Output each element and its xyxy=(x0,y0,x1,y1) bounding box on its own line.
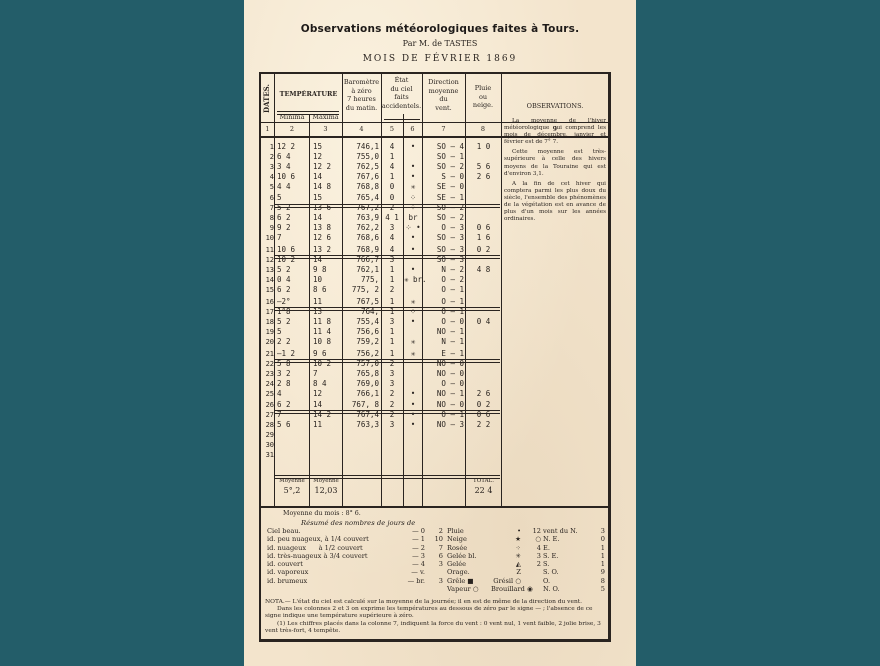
table-row: 54 414 8768,80✳SE — 0 xyxy=(261,182,501,192)
cell-baro: 759,2 xyxy=(345,337,379,347)
table-row: 16—2°11767,51✳O — 1 xyxy=(261,297,501,307)
cell-max: 12 6 xyxy=(313,233,341,243)
cell-vent: SO — 4 xyxy=(424,142,464,152)
cell-date: 8 xyxy=(262,213,274,223)
cell-ciel: 2 xyxy=(382,410,402,420)
cell-date: 30 xyxy=(262,440,274,450)
max-average-label: Moyenne xyxy=(310,478,342,484)
cell-date: 20 xyxy=(262,337,274,347)
cell-acc: • xyxy=(404,400,422,410)
cell-vent: N — 1 xyxy=(424,337,464,347)
cell-vent: NO — 3 xyxy=(424,420,464,430)
cell-ciel: 1 xyxy=(382,349,402,359)
cell-vent: SO — 3 xyxy=(424,245,464,255)
document-title: Observations météorologiques faites à To… xyxy=(244,23,636,35)
cell-min: 6 4 xyxy=(277,152,307,162)
wind-summary-item: N. E.0 xyxy=(543,535,605,543)
cell-date: 26 xyxy=(262,400,274,410)
cell-vent: NO — 1 xyxy=(424,327,464,337)
phenomena-summary-item: Orage.Z xyxy=(447,568,547,576)
cell-acc: • xyxy=(404,389,422,399)
cell-date: 9 xyxy=(262,223,274,233)
table-row: 29 xyxy=(261,430,501,440)
cell-max: 10 2 xyxy=(313,359,341,369)
cell-vent: O — 0 xyxy=(424,317,464,327)
cell-pluie: 2 6 xyxy=(466,172,501,182)
cell-pluie: 5 6 xyxy=(466,162,501,172)
cell-ciel: 3 xyxy=(382,379,402,389)
cell-baro: 767,4 xyxy=(345,410,379,420)
cell-ciel: 2 xyxy=(382,359,402,369)
cell-min: 6 2 xyxy=(277,400,307,410)
cell-date: 15 xyxy=(262,285,274,295)
wind-summary-item: N. O.5 xyxy=(543,585,605,593)
cell-pluie: 2 2 xyxy=(466,420,501,430)
table-row: 30 xyxy=(261,440,501,450)
cell-min: 5 2 xyxy=(277,317,307,327)
cell-vent: N — 2 xyxy=(424,265,464,275)
header-minima: Minima xyxy=(275,113,309,122)
cell-min: 3 4 xyxy=(277,162,307,172)
cell-max: 9 8 xyxy=(313,265,341,275)
cell-date: 27 xyxy=(262,410,274,420)
phenomena-summary-item: Pluie•12 xyxy=(447,527,547,535)
wind-summary-item: S.1 xyxy=(543,560,605,568)
cell-baro: 775, 2 xyxy=(345,285,379,295)
cell-min: 12 2 xyxy=(277,142,307,152)
cell-min: 10 6 xyxy=(277,245,307,255)
table-row: 6515765,40⁘SE — 1 xyxy=(261,193,501,203)
phenomena-summary-item: Vapeur ○Brouillard ◉ xyxy=(447,585,547,593)
cell-date: 21 xyxy=(262,349,274,359)
monthly-average: Moyenne du mois : 8° 6. xyxy=(283,510,361,517)
cell-date: 2 xyxy=(262,152,274,162)
cell-baro: 755,4 xyxy=(345,317,379,327)
cell-vent: NO — 0 xyxy=(424,359,464,369)
cell-baro: 756,6 xyxy=(345,327,379,337)
wind-summary-item: S. O.9 xyxy=(543,568,605,576)
cell-max: 11 xyxy=(313,420,341,430)
cell-ciel: 4 xyxy=(382,142,402,152)
cell-vent: NO — 0 xyxy=(424,400,464,410)
cell-min: 5 8 xyxy=(277,359,307,369)
cell-ciel: 1 xyxy=(382,327,402,337)
cell-ciel: 2 xyxy=(382,203,402,213)
sky-summary: Ciel beau.— 02id. peu nuageux, à 1/4 cou… xyxy=(267,527,447,585)
cell-acc: br xyxy=(404,213,422,223)
phenomena-summary-item: Gelée◭2 xyxy=(447,560,547,568)
cell-min: 3 2 xyxy=(277,369,307,379)
cell-acc: • xyxy=(404,162,422,172)
cell-max: 8 4 xyxy=(313,379,341,389)
observations-table: DATES. TEMPÉRATURE Minima Maxima Baromèt… xyxy=(259,72,611,642)
cell-ciel: 4 xyxy=(382,245,402,255)
cell-acc: ⁘ xyxy=(404,307,422,317)
cell-baro: 763,3 xyxy=(345,420,379,430)
cell-max: 14 2 xyxy=(313,410,341,420)
cell-baro: 756,2 xyxy=(345,349,379,359)
cell-baro: 767,6 xyxy=(345,172,379,182)
cell-ciel: 3 xyxy=(382,255,402,265)
table-row: 75 213 6767,22⁘SO — 2 xyxy=(261,203,501,213)
table-row: 410 614767,61•S — 02 6 xyxy=(261,172,501,182)
cell-vent: SO — 3 xyxy=(424,255,464,265)
cell-baro: 764, xyxy=(345,307,379,317)
table-row: 140 410775,1✳ br.O — 2 xyxy=(261,275,501,285)
cell-date: 19 xyxy=(262,327,274,337)
cell-acc: • xyxy=(404,245,422,255)
cell-acc: • xyxy=(404,172,422,182)
max-average-value: 12,03 xyxy=(310,486,342,495)
cell-baro: 767,2 xyxy=(345,203,379,213)
sky-summary-item: id. brumeux— br.3 xyxy=(267,577,447,585)
cell-date: 18 xyxy=(262,317,274,327)
cell-acc: ⁘ • xyxy=(404,223,422,233)
cell-baro: 763,9 xyxy=(345,213,379,223)
cell-min: 5 6 xyxy=(277,420,307,430)
cell-acc: ⁘ xyxy=(404,203,422,213)
phenomena-summary-item: Neige★○ xyxy=(447,535,547,543)
table-row: 10712 6768,64•SO — 31 6 xyxy=(261,233,501,243)
cell-max: 12 xyxy=(313,152,341,162)
cell-date: 3 xyxy=(262,162,274,172)
cell-ciel: 4 xyxy=(382,162,402,172)
cell-baro: 766,1 xyxy=(345,389,379,399)
cell-date: 13 xyxy=(262,265,274,275)
sky-summary-item: id. peu nuageux, à 1/4 couvert— 110 xyxy=(267,535,447,543)
cell-date: 14 xyxy=(262,275,274,285)
cell-acc: • xyxy=(404,142,422,152)
table-row: 21—1 29 6756,21✳E — 1 xyxy=(261,349,501,359)
wind-summary-item: E.1 xyxy=(543,544,605,552)
cell-baro: 765,8 xyxy=(345,369,379,379)
cell-min: 7 xyxy=(277,410,307,420)
cell-vent: NO — 0 xyxy=(424,369,464,379)
cell-date: 24 xyxy=(262,379,274,389)
phenomena-summary-item: Grêle ■Grésil ○ xyxy=(447,577,547,585)
cell-max: 13 8 xyxy=(313,223,341,233)
cell-ciel: 1 xyxy=(382,337,402,347)
cell-vent: SO — 1 xyxy=(424,152,464,162)
phenomena-summary-item: Rosée⁘4 xyxy=(447,544,547,552)
cell-vent: O — 1 xyxy=(424,297,464,307)
cell-pluie: 1 6 xyxy=(466,233,501,243)
cell-baro: 757,0 xyxy=(345,359,379,369)
cell-ciel: 1 xyxy=(382,307,402,317)
cell-acc: • xyxy=(404,233,422,243)
header-temperature: TEMPÉRATURE xyxy=(275,90,342,99)
cell-acc: • xyxy=(404,317,422,327)
cell-date: 22 xyxy=(262,359,274,369)
cell-date: 5 xyxy=(262,182,274,192)
sky-summary-item: id. vaporeux— v. xyxy=(267,568,447,576)
cell-date: 17 xyxy=(262,307,274,317)
cell-ciel: 3 xyxy=(382,317,402,327)
cell-ciel: 1 xyxy=(382,172,402,182)
table-row: 1210 214766,73SO — 3 xyxy=(261,255,501,265)
cell-max: 11 xyxy=(313,297,341,307)
cell-min: 5 xyxy=(277,193,307,203)
cell-min: 4 xyxy=(277,389,307,399)
cell-max: 12 2 xyxy=(313,162,341,172)
cell-max: 10 8 xyxy=(313,337,341,347)
cell-pluie: 2 6 xyxy=(466,389,501,399)
cell-min: 2 8 xyxy=(277,379,307,389)
cell-ciel: 0 xyxy=(382,193,402,203)
header-maxima: Maxima xyxy=(309,113,342,122)
cell-date: 12 xyxy=(262,255,274,265)
sky-summary-item: id. nuageux à 1/2 couvert— 27 xyxy=(267,544,447,552)
cell-ciel: 4 1 xyxy=(382,213,402,223)
cell-baro: 768,9 xyxy=(345,245,379,255)
cell-vent: SE — 0 xyxy=(424,182,464,192)
cell-max: 12 xyxy=(313,389,341,399)
cell-max: 14 8 xyxy=(313,182,341,192)
table-row: 86 214763,94 1brSO — 2 xyxy=(261,213,501,223)
table-row: 26 412755,01SO — 1 xyxy=(261,152,501,162)
cell-pluie: 4 8 xyxy=(466,265,501,275)
cell-vent: O — 0 xyxy=(424,379,464,389)
nota-text: NOTA.— L'état du ciel est calculé sur la… xyxy=(265,599,605,635)
cell-max: 14 xyxy=(313,213,341,223)
cell-vent: SO — 3 xyxy=(424,233,464,243)
table-row: 25412766,12•NO — 12 6 xyxy=(261,389,501,399)
observations-text: La moyenne de l'hiver météorologique qui… xyxy=(504,118,606,226)
table-row: 242 88 4769,03O — 0 xyxy=(261,379,501,389)
cell-pluie: 0 6 xyxy=(466,410,501,420)
cell-min: —2° xyxy=(277,297,307,307)
cell-vent: SO — 2 xyxy=(424,213,464,223)
cell-vent: NO — 1 xyxy=(424,389,464,399)
cell-pluie: 0 2 xyxy=(466,400,501,410)
cell-ciel: 2 xyxy=(382,400,402,410)
cell-ciel: 1 xyxy=(382,297,402,307)
cell-max: 11 4 xyxy=(313,327,341,337)
resume-title: Résumé des nombres de jours de xyxy=(301,519,415,527)
table-row: 171°813764,1⁘O — 1 xyxy=(261,307,501,317)
cell-max: 13 6 xyxy=(313,203,341,213)
cell-date: 28 xyxy=(262,420,274,430)
table-row: 225 810 2757,02NO — 0 xyxy=(261,359,501,369)
cell-min: 10 6 xyxy=(277,172,307,182)
document-author: Par M. de TASTES xyxy=(244,39,636,48)
cell-pluie: 0 4 xyxy=(466,317,501,327)
header-observations: OBSERVATIONS. xyxy=(501,102,609,111)
cell-max: 13 xyxy=(313,307,341,317)
cell-pluie: 1 0 xyxy=(466,142,501,152)
cell-min: —1 2 xyxy=(277,349,307,359)
cell-acc: ✳ xyxy=(404,182,422,192)
cell-vent: SO — 2 xyxy=(424,162,464,172)
table-row: 99 213 8762,23⁘ •O — 30 6 xyxy=(261,223,501,233)
cell-date: 23 xyxy=(262,369,274,379)
cell-max: 13 2 xyxy=(313,245,341,255)
min-average-label: Moyenne xyxy=(275,478,309,484)
cell-max: 7 xyxy=(313,369,341,379)
cell-date: 31 xyxy=(262,450,274,460)
cell-ciel: 1 xyxy=(382,265,402,275)
cell-vent: O — 3 xyxy=(424,223,464,233)
cell-baro: 762,1 xyxy=(345,265,379,275)
table-row: 156 28 6775, 22O — 1 xyxy=(261,285,501,295)
cell-max: 11 8 xyxy=(313,317,341,327)
cell-vent: S — 0 xyxy=(424,172,464,182)
table-row: 1110 613 2768,94•SO — 30 2 xyxy=(261,245,501,255)
cell-max: 9 6 xyxy=(313,349,341,359)
total-rain-label: TOTAL. xyxy=(466,478,501,484)
cell-baro: 767, 8 xyxy=(345,400,379,410)
wind-summary-item: O.8 xyxy=(543,577,605,585)
cell-baro: 767,5 xyxy=(345,297,379,307)
table-row: 135 29 8762,11•N — 24 8 xyxy=(261,265,501,275)
table-row: 33 412 2762,54•SO — 25 6 xyxy=(261,162,501,172)
total-rain-value: 22 4 xyxy=(466,486,501,495)
cell-ciel: 3 xyxy=(382,369,402,379)
cell-acc: • xyxy=(404,420,422,430)
wind-summary-item: S. E.1 xyxy=(543,552,605,560)
table-row: 266 214767, 82•NO — 00 2 xyxy=(261,400,501,410)
cell-ciel: 2 xyxy=(382,285,402,295)
cell-ciel: 0 xyxy=(382,182,402,192)
cell-acc: ✳ br. xyxy=(404,275,422,285)
cell-pluie: 0 6 xyxy=(466,223,501,233)
cell-min: 7 xyxy=(277,233,307,243)
header-etat-du-ciel: Étatdu cielfaitsaccidentels. xyxy=(381,76,422,110)
table-row: 202 210 8759,21✳N — 1 xyxy=(261,337,501,347)
cell-ciel: 1 xyxy=(382,275,402,285)
min-average-value: 5°,2 xyxy=(275,486,309,495)
cell-vent: O — 1 xyxy=(424,307,464,317)
cell-min: 0 4 xyxy=(277,275,307,285)
cell-acc: • xyxy=(404,265,422,275)
cell-min: 5 xyxy=(277,327,307,337)
cell-min: 4 4 xyxy=(277,182,307,192)
cell-date: 25 xyxy=(262,389,274,399)
cell-max: 10 xyxy=(313,275,341,285)
cell-ciel: 1 xyxy=(382,152,402,162)
cell-date: 6 xyxy=(262,193,274,203)
cell-max: 8 6 xyxy=(313,285,341,295)
table-row: 31 xyxy=(261,450,501,460)
cell-min: 5 2 xyxy=(277,203,307,213)
cell-vent: SO — 2 xyxy=(424,203,464,213)
table-row: 185 211 8755,43•O — 00 4 xyxy=(261,317,501,327)
phenomena-summary-item: Gelée bl.✳3 xyxy=(447,552,547,560)
document-page: Observations météorologiques faites à To… xyxy=(244,0,636,666)
cell-min: 9 2 xyxy=(277,223,307,233)
cell-baro: 768,6 xyxy=(345,233,379,243)
table-row: 233 27765,83NO — 0 xyxy=(261,369,501,379)
cell-max: 14 xyxy=(313,255,341,265)
cell-baro: 769,0 xyxy=(345,379,379,389)
table-row: 19511 4756,61NO — 1 xyxy=(261,327,501,337)
cell-acc: • xyxy=(404,410,422,420)
cell-min: 6 2 xyxy=(277,213,307,223)
cell-acc: ✳ xyxy=(404,297,422,307)
header-direction-vent: Directionmoyenneduvent. xyxy=(422,78,465,112)
cell-ciel: 4 xyxy=(382,233,402,243)
cell-baro: 768,8 xyxy=(345,182,379,192)
cell-vent: SE — 1 xyxy=(424,193,464,203)
cell-baro: 775, xyxy=(345,275,379,285)
cell-date: 1 xyxy=(262,142,274,152)
cell-baro: 755,0 xyxy=(345,152,379,162)
cell-vent: O — 1 xyxy=(424,410,464,420)
table-row: 27714 2767,42•O — 10 6 xyxy=(261,410,501,420)
cell-baro: 746,1 xyxy=(345,142,379,152)
cell-min: 1°8 xyxy=(277,307,307,317)
cell-ciel: 3 xyxy=(382,223,402,233)
cell-date: 10 xyxy=(262,233,274,243)
cell-baro: 765,4 xyxy=(345,193,379,203)
cell-baro: 766,7 xyxy=(345,255,379,265)
cell-date: 11 xyxy=(262,245,274,255)
header-dates: DATES. xyxy=(262,76,274,121)
cell-vent: E — 1 xyxy=(424,349,464,359)
cell-ciel: 3 xyxy=(382,420,402,430)
cell-min: 2 2 xyxy=(277,337,307,347)
phenomena-summary: Pluie•12Neige★○Rosée⁘4Gelée bl.✳3Gelée◭2… xyxy=(447,527,547,593)
cell-acc: ⁘ xyxy=(404,193,422,203)
cell-min: 5 2 xyxy=(277,265,307,275)
document-month: MOIS DE FÉVRIER 1869 xyxy=(244,54,636,64)
cell-ciel: 2 xyxy=(382,389,402,399)
cell-max: 14 xyxy=(313,400,341,410)
cell-min: 6 2 xyxy=(277,285,307,295)
sky-summary-item: id. couvert— 43 xyxy=(267,560,447,568)
cell-vent: O — 2 xyxy=(424,275,464,285)
cell-date: 7 xyxy=(262,203,274,213)
cell-baro: 762,5 xyxy=(345,162,379,172)
cell-date: 29 xyxy=(262,430,274,440)
cell-max: 14 xyxy=(313,172,341,182)
cell-acc: ✳ xyxy=(404,349,422,359)
cell-acc: ✳ xyxy=(404,337,422,347)
header-pluie: Pluieouneige. xyxy=(465,84,501,110)
cell-min: 10 2 xyxy=(277,255,307,265)
table-row: 285 611763,33•NO — 32 2 xyxy=(261,420,501,430)
cell-max: 15 xyxy=(313,193,341,203)
cell-pluie: 0 2 xyxy=(466,245,501,255)
table-row: 112 215746,14•SO — 41 0 xyxy=(261,142,501,152)
sky-summary-item: id. très-nuageux à 3/4 couvert— 36 xyxy=(267,552,447,560)
cell-max: 15 xyxy=(313,142,341,152)
wind-summary: vent du N.3N. E.0E.1S. E.1S.1S. O.9O.8N.… xyxy=(543,527,605,593)
cell-date: 16 xyxy=(262,297,274,307)
header-barometre: Baromètreà zéro7 heuresdu matin. xyxy=(342,78,381,112)
cell-vent: O — 1 xyxy=(424,285,464,295)
wind-summary-item: vent du N.3 xyxy=(543,527,605,535)
cell-date: 4 xyxy=(262,172,274,182)
cell-baro: 762,2 xyxy=(345,223,379,233)
